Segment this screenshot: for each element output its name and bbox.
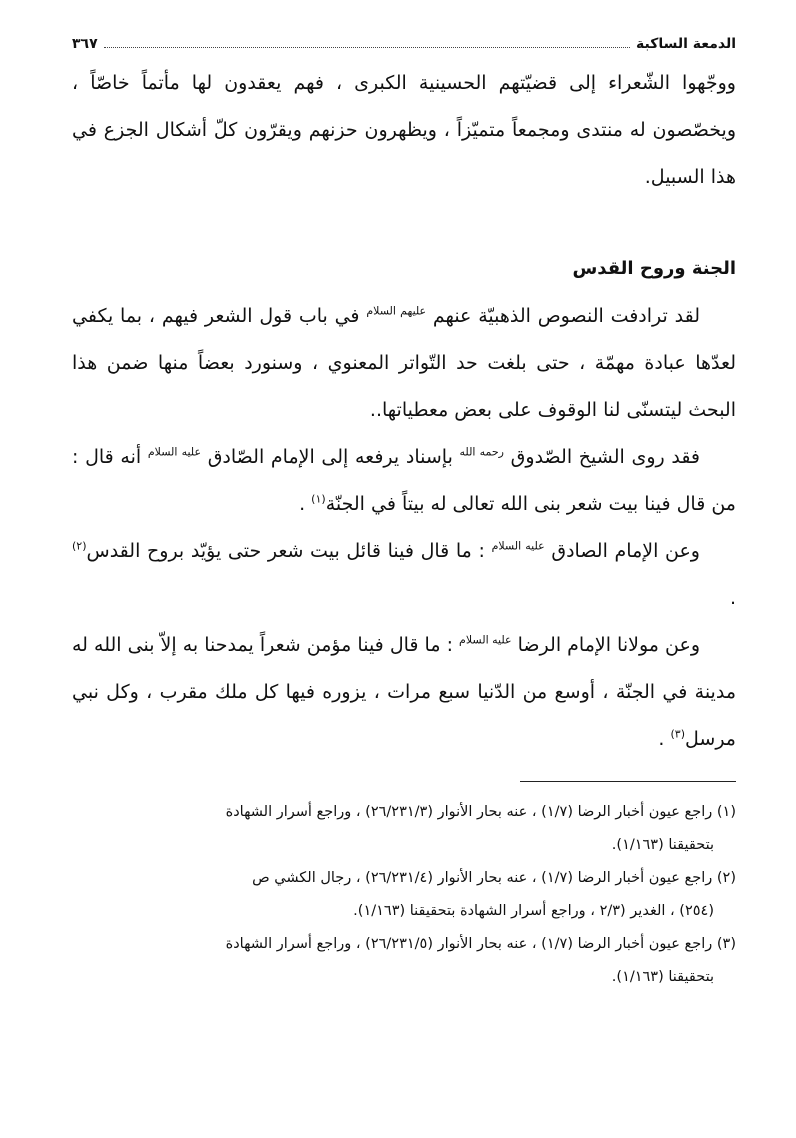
honorific-glyph: عليه السلام <box>492 540 545 553</box>
honorific-glyph: عليه السلام <box>459 634 512 647</box>
section-heading: الجنة وروح القدس <box>72 249 736 289</box>
running-header: الدمعة الساكبة ٣٦٧ <box>72 32 736 52</box>
footnotes: (١) راجع عيون أخبار الرضا (١/٧) ، عنه بح… <box>72 796 736 994</box>
footnote-number: (٣) <box>717 936 736 952</box>
paragraph-3: وعن الإمام الصادق عليه السلام : ما قال ف… <box>72 528 736 622</box>
honorific-glyph: عليهم السلام <box>366 305 426 318</box>
honorific-glyph: رحمه الله <box>460 446 504 459</box>
paragraph-2: فقد روى الشيخ الصّدوق رحمه الله بإسناد ي… <box>72 434 736 528</box>
footnote-text-continued: (٢٥٤) ، الغدير (٢/٣ ، وراجع أسرار الشهاد… <box>72 895 736 928</box>
paragraph-text: : ما قال فينا قائل بيت شعر حتى يؤيّد برو… <box>87 540 492 562</box>
paragraph-text: بإسناد يرفعه إلى الإمام الصّادق <box>201 446 460 468</box>
paragraph-end: . <box>299 493 311 515</box>
page-number: ٣٦٧ <box>72 36 98 52</box>
paragraph-end: . <box>658 728 670 750</box>
paragraph-4: وعن مولانا الإمام الرضا عليه السلام : ما… <box>72 622 736 763</box>
honorific-glyph: عليه السلام <box>148 446 201 459</box>
footnote-ref-1[interactable]: (١) <box>311 493 326 506</box>
paragraph-text: لقد ترادفت النصوص الذهبيّة عنهم <box>426 305 700 327</box>
paragraph-end: . <box>730 587 736 609</box>
paragraph-text: فقد روى الشيخ الصّدوق <box>504 446 700 468</box>
footnote-ref-2[interactable]: (٢) <box>72 540 87 553</box>
footnote-separator <box>520 781 736 782</box>
book-page: الدمعة الساكبة ٣٦٧ ووجّهوا الشّعراء إلى … <box>72 0 736 1138</box>
paragraph-text: وعن الإمام الصادق <box>545 540 700 562</box>
footnote-text: راجع عيون أخبار الرضا (١/٧) ، عنه بحار ا… <box>252 870 717 886</box>
footnote-text-continued: بتحقيقنا (١/١٦٣). <box>72 829 736 862</box>
footnote-3: (٣) راجع عيون أخبار الرضا (١/٧) ، عنه بح… <box>72 928 736 994</box>
dotted-leader <box>104 46 630 48</box>
footnote-1: (١) راجع عيون أخبار الرضا (١/٧) ، عنه بح… <box>72 796 736 862</box>
book-title: الدمعة الساكبة <box>636 36 736 52</box>
footnote-text: راجع عيون أخبار الرضا (١/٧) ، عنه بحار ا… <box>226 936 717 952</box>
footnote-number: (٢) <box>717 870 736 886</box>
paragraph-1: لقد ترادفت النصوص الذهبيّة عنهم عليهم ال… <box>72 293 736 434</box>
footnote-text-continued: بتحقيقنا (١/١٦٣). <box>72 961 736 994</box>
intro-paragraph: ووجّهوا الشّعراء إلى قضيّتهم الحسينية ال… <box>72 60 736 201</box>
footnote-number: (١) <box>717 804 736 820</box>
footnote-2: (٢) راجع عيون أخبار الرضا (١/٧) ، عنه بح… <box>72 862 736 928</box>
body-text: ووجّهوا الشّعراء إلى قضيّتهم الحسينية ال… <box>72 60 736 763</box>
paragraph-text: وعن مولانا الإمام الرضا <box>512 634 700 656</box>
footnote-ref-3[interactable]: (٣) <box>671 728 686 741</box>
footnote-text: راجع عيون أخبار الرضا (١/٧) ، عنه بحار ا… <box>226 804 717 820</box>
